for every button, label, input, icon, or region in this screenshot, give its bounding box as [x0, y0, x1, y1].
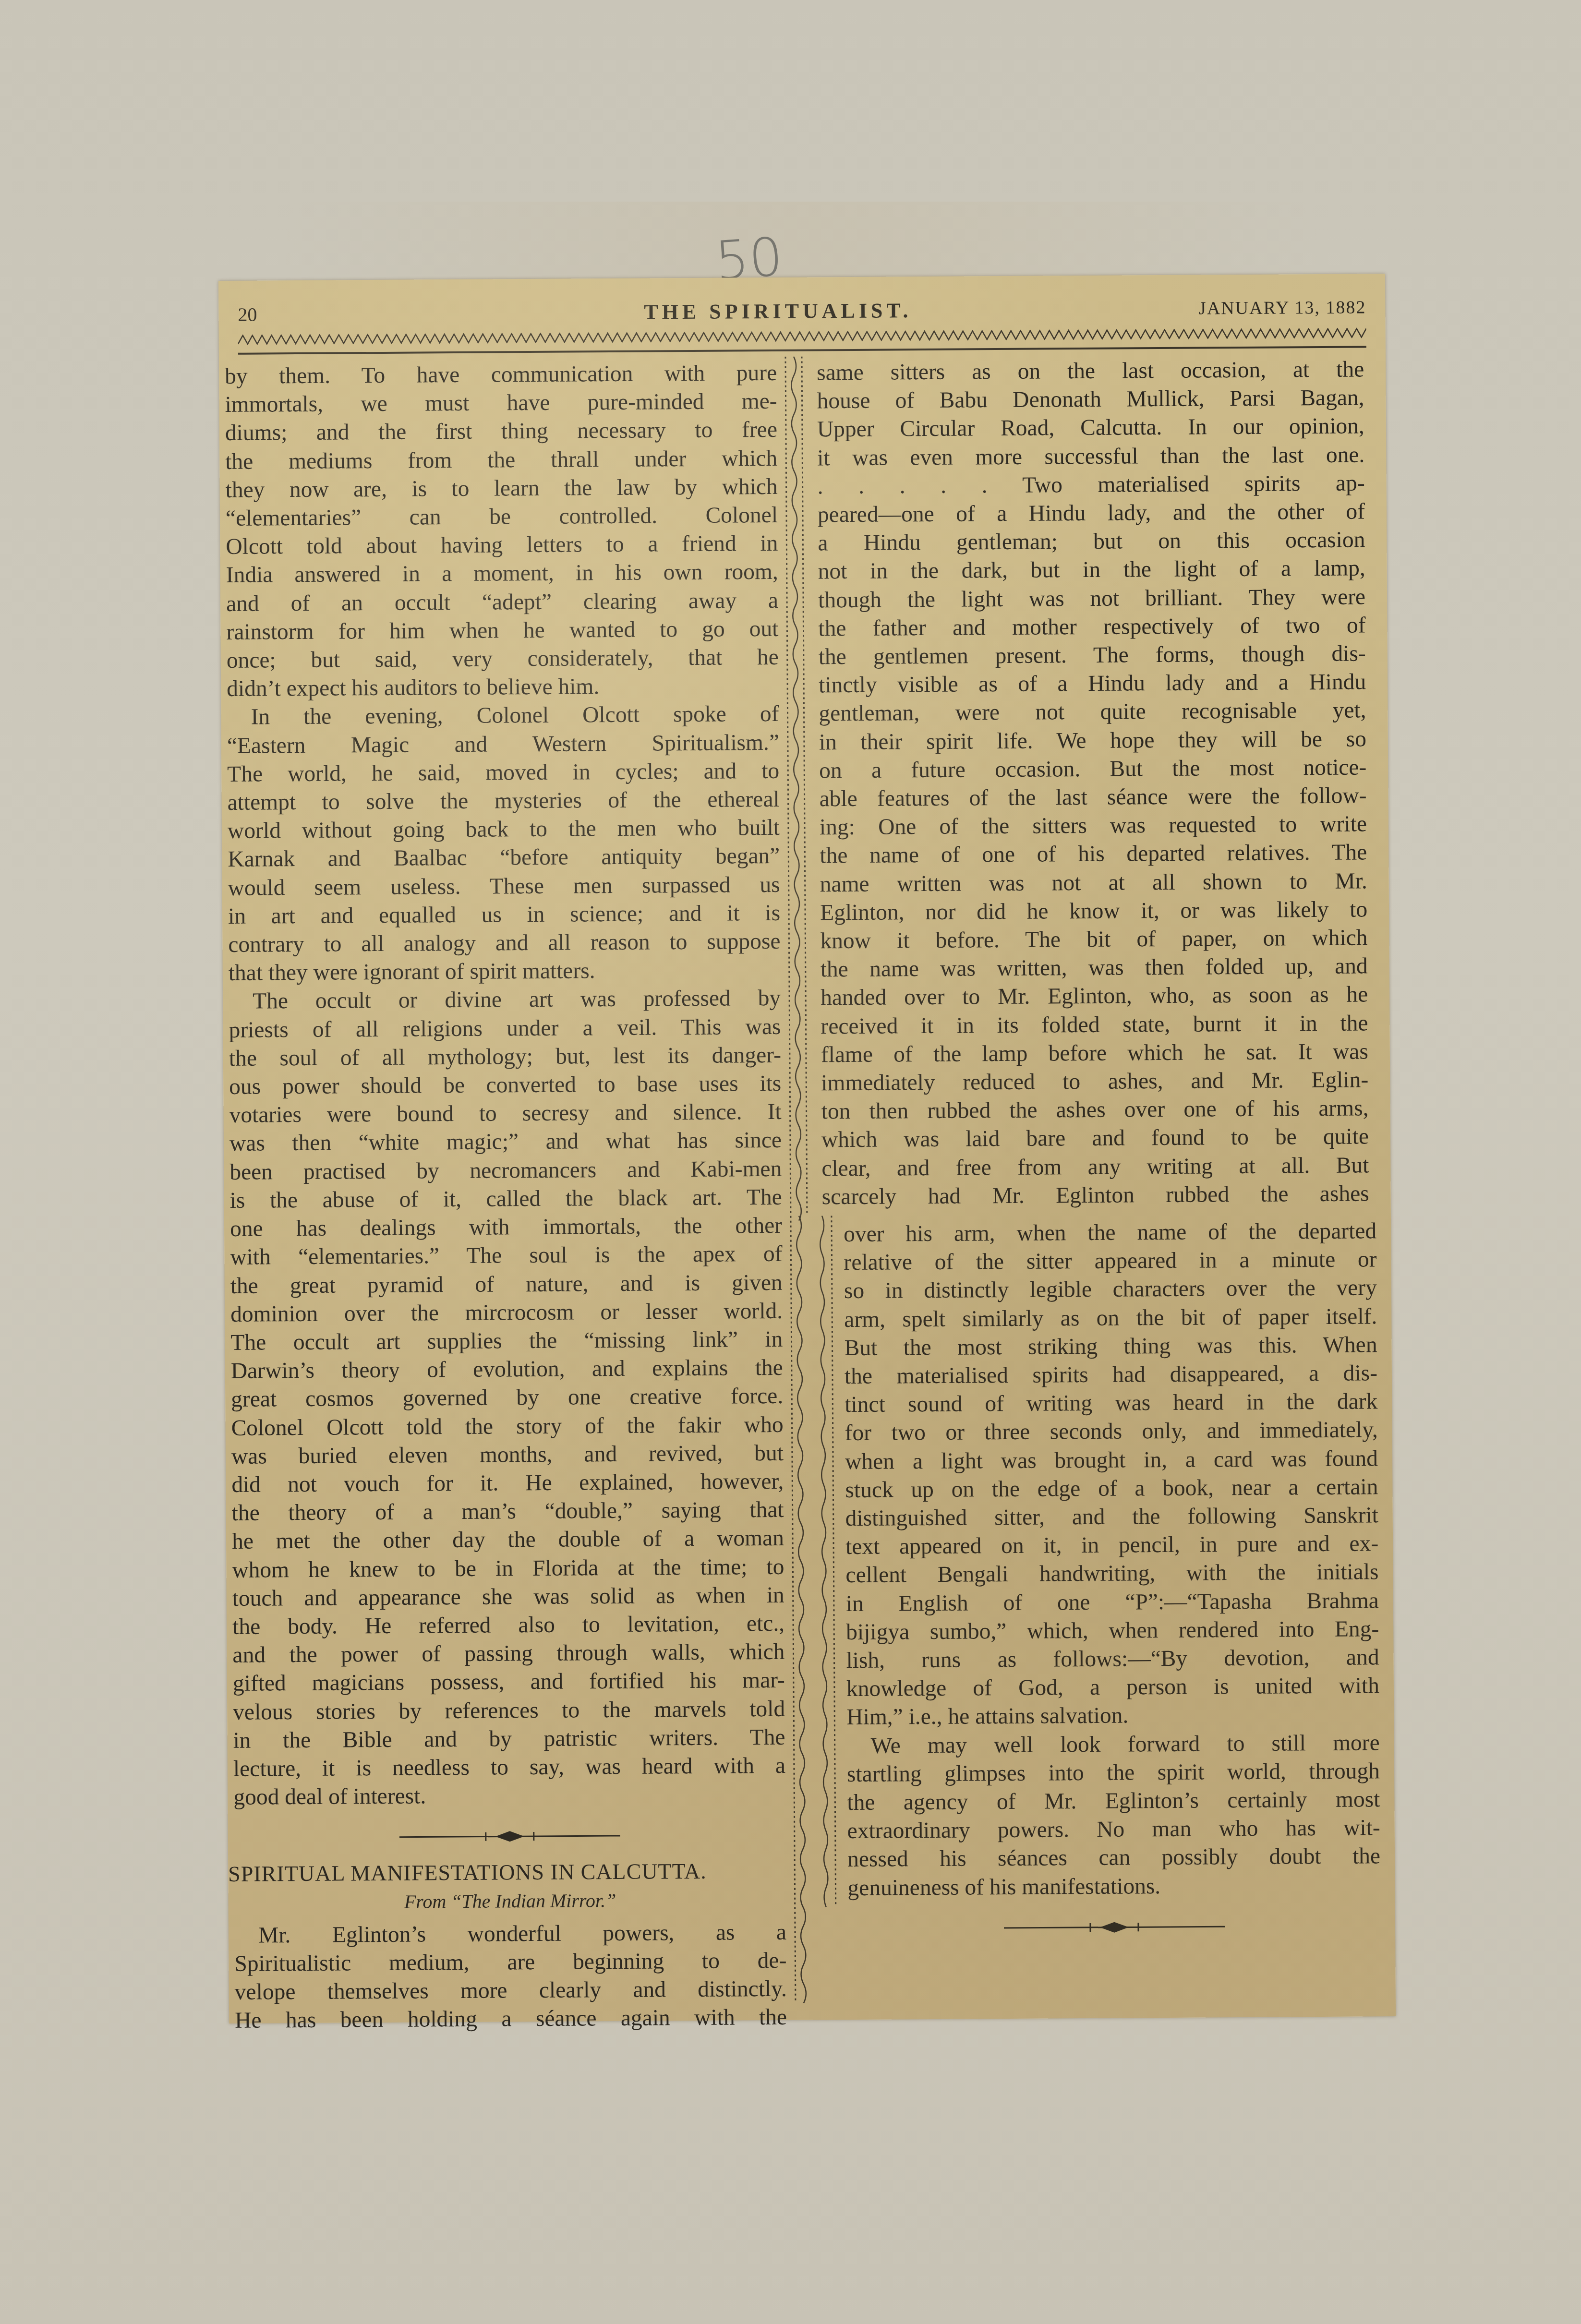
text-line: Colonel Olcott told the story of the fak… — [231, 1410, 783, 1442]
text-line: peared—one of a Hindu lady, and the othe… — [818, 497, 1365, 529]
text-line: in the Bible and by patristic writers. T… — [233, 1723, 785, 1755]
text-line: ing: One of the sitters was requested to… — [820, 810, 1367, 842]
text-line: tinctly visible as of a Hindu lady and a… — [819, 668, 1366, 700]
text-line: nessed his séances can possibly doubt th… — [847, 1842, 1380, 1874]
text-line: distinguished sitter, and the following … — [845, 1501, 1378, 1533]
text-line: handed over to Mr. Eglinton, who, as soo… — [821, 981, 1368, 1012]
text-line: scarcely had Mr. Eglinton rubbed the ash… — [822, 1180, 1369, 1211]
text-line: did not vouch for it. He explained, howe… — [231, 1468, 784, 1499]
text-line: tinct sound of writing was heard in the … — [845, 1388, 1377, 1420]
text-line: the materialised spirits had disappeared… — [845, 1359, 1377, 1391]
article-source: From “The Indian Mirror.” — [234, 1885, 786, 1916]
text-line: priests of all religions under a veil. T… — [229, 1013, 781, 1045]
section-ornament-icon — [399, 1829, 620, 1844]
text-line: ton then rubbed the ashes over one of hi… — [821, 1095, 1368, 1126]
paragraph-continued-lower: over his arm, when the name of the depar… — [844, 1217, 1379, 1732]
text-line: a Hindu gentleman; but on this occasion — [818, 526, 1365, 558]
text-line: the name of one of his departed relative… — [820, 839, 1367, 870]
text-line: stuck up on the edge of a book, near a c… — [845, 1473, 1378, 1505]
text-line: over his arm, when the name of the depar… — [844, 1217, 1376, 1249]
text-line: lish, runs as follows:—“By devotion, and — [846, 1643, 1379, 1675]
text-line: rainstorm for him when he wanted to go o… — [226, 615, 778, 647]
text-line: Him,” i.e., he attains salvation. — [846, 1700, 1379, 1732]
text-line: he met the other day the double of a wom… — [232, 1524, 784, 1556]
text-line: that they were ignorant of spirit matter… — [229, 956, 781, 987]
text-line: The occult art supplies the “missing lin… — [230, 1325, 783, 1357]
text-line: the mediums from the thrall under which — [225, 445, 777, 476]
text-line: velous stories by references to the marv… — [233, 1695, 785, 1726]
masthead: 20 THE SPIRITUALIST. JANUARY 13, 1882 — [238, 293, 1366, 328]
text-line: Mr. Eglinton’s wonderful powers, as a — [234, 1918, 786, 1950]
text-line: was then “white magic;” and what has sin… — [229, 1126, 782, 1158]
text-line: when a light was brought in, a card was … — [845, 1445, 1378, 1476]
text-line: the gentlemen present. The forms, though… — [819, 639, 1366, 671]
text-line: “Eastern Magic and Western Spiritualism.… — [227, 729, 779, 760]
text-line: We may well look forward to still more — [846, 1729, 1379, 1760]
text-line: the body. He referred also to levitation… — [232, 1610, 784, 1641]
paragraph-1: by them. To have communication with pure… — [225, 359, 779, 703]
end-ornament-icon — [1004, 1919, 1225, 1935]
right-column-lower: over his arm, when the name of the depar… — [844, 1217, 1381, 1951]
text-line: startling glimpses into the spirit world… — [847, 1757, 1380, 1789]
text-line: in art and equalled us in science; and i… — [228, 899, 780, 931]
text-line: lecture, it is needless to say, was hear… — [233, 1752, 785, 1783]
text-line: which was laid bare and found to be quit… — [821, 1123, 1369, 1155]
text-line: Karnak and Baalbac “before antiquity beg… — [228, 842, 780, 874]
text-line: so in distinctly legible characters over… — [844, 1274, 1377, 1306]
text-line: able features of the last séance were th… — [819, 782, 1366, 813]
text-line: flame of the lamp before which he sat. I… — [821, 1037, 1368, 1069]
text-line: Darwin’s theory of evolution, and explai… — [231, 1354, 783, 1385]
text-line: But the most striking thing was this. Wh… — [844, 1331, 1377, 1362]
text-line: received it in its folded state, burnt i… — [821, 1009, 1368, 1041]
text-line: the agency of Mr. Eglinton’s certainly m… — [847, 1785, 1380, 1817]
text-line: the great pyramid of nature, and is give… — [230, 1268, 783, 1300]
text-line: attempt to solve the mysteries of the et… — [227, 785, 779, 817]
text-line: was buried eleven months, and revived, b… — [231, 1439, 784, 1471]
text-line: same sitters as on the last occasion, at… — [817, 355, 1364, 387]
text-line: once; but said, very considerately, that… — [227, 643, 779, 675]
text-line: immediately reduced to ashes, and Mr. Eg… — [821, 1066, 1368, 1097]
text-line: the name was written, was then folded up… — [821, 952, 1368, 984]
text-line: He has been holding a séance again with … — [235, 2003, 787, 2035]
paragraph-continued: same sitters as on the last occasion, at… — [817, 355, 1369, 1211]
newspaper-clipping: 20 THE SPIRITUALIST. JANUARY 13, 1882 by… — [218, 274, 1396, 2023]
text-line: for two or three seconds only, and immed… — [845, 1416, 1378, 1448]
text-line: Olcott told about having letters to a fr… — [226, 530, 778, 561]
text-line: ous power should be converted to base us… — [229, 1070, 781, 1101]
text-line: the theory of a man’s “double,” saying t… — [232, 1496, 784, 1528]
text-line: bijigya sumbo,” which, when rendered int… — [846, 1615, 1379, 1647]
text-line: Eglinton, nor did he know it, or was lik… — [820, 895, 1367, 927]
text-line: one has dealings with immortals, the oth… — [230, 1212, 782, 1243]
paragraph-2: In the evening, Colonel Olcott spoke of … — [227, 700, 781, 987]
text-line: extraordinary powers. No man who has wit… — [847, 1814, 1380, 1846]
text-line: good deal of interest. — [233, 1780, 785, 1812]
paragraph-3: The occult or divine art was professed b… — [229, 984, 785, 1812]
text-line: been practised by necromancers and Kabi-… — [229, 1155, 782, 1187]
text-line: velope themselves more clearly and disti… — [235, 1975, 787, 2007]
text-line: India answered in a moment, in his own r… — [226, 558, 778, 590]
text-line: . . . . . Two materialised spirits ap- — [817, 469, 1364, 501]
text-line: cellent Bengali handwriting, with the in… — [845, 1558, 1378, 1590]
text-line: they now are, is to learn the law by whi… — [225, 473, 777, 505]
text-line: in their spirit life. We hope they will … — [819, 725, 1366, 757]
text-line: Spiritualistic medium, are beginning to … — [234, 1947, 786, 1978]
text-line: with “elementaries.” The soul is the ape… — [230, 1240, 782, 1272]
page-number: 20 — [238, 302, 362, 326]
zigzag-rule-icon — [238, 327, 1366, 345]
text-line: dominion over the mircrocosm or lesser w… — [230, 1297, 783, 1329]
left-column: by them. To have communication with pure… — [219, 359, 787, 2035]
text-line: house of Babu Denonath Mullick, Parsi Ba… — [817, 384, 1364, 416]
text-line: is the abuse of it, called the black art… — [230, 1183, 782, 1215]
text-line: immortals, we must have pure-minded me- — [225, 387, 777, 419]
text-line: “elementaries” can be controlled. Colone… — [226, 501, 778, 533]
text-line: whom he knew to be in Florida at the tim… — [232, 1553, 784, 1584]
text-line: diums; and the first thing necessary to … — [225, 416, 777, 447]
right-column-upper: same sitters as on the last occasion, at… — [817, 355, 1369, 1211]
closing-paragraph: We may well look forward to still more s… — [846, 1729, 1380, 1903]
text-line: touch and appearance she was solid as wh… — [232, 1581, 784, 1613]
text-line: gifted magicians possess, and fortified … — [233, 1666, 785, 1698]
masthead-rule — [238, 346, 1366, 354]
text-line: great cosmos governed by one creative fo… — [231, 1382, 783, 1414]
text-line: not in the dark, but in the light of a l… — [818, 554, 1365, 586]
text-line: it was even more successful than the las… — [817, 441, 1364, 472]
paragraph-4: Mr. Eglinton’s wonderful powers, as a Sp… — [234, 1918, 787, 2035]
column-divider-icon — [782, 357, 816, 2003]
text-line: would seem useless. These men surpassed … — [228, 871, 780, 903]
text-line: and the power of passing through walls, … — [232, 1638, 784, 1670]
text-line: relative of the sitter appeared in a min… — [844, 1246, 1376, 1277]
text-line: didn’t expect his auditors to believe hi… — [227, 672, 779, 703]
text-line: on a future occasion. But the most notic… — [819, 753, 1366, 785]
text-line: name written was not at all shown to Mr. — [820, 867, 1367, 899]
text-line: the father and mother respectively of tw… — [818, 611, 1365, 643]
text-line: The occult or divine art was professed b… — [229, 984, 781, 1016]
publication-title: THE SPIRITUALIST. — [644, 298, 912, 324]
text-line: though the light was not brilliant. They… — [818, 583, 1365, 614]
text-line: The world, he said, moved in cycles; and… — [227, 757, 779, 789]
text-line: clear, and free from any writing at all.… — [821, 1151, 1369, 1183]
text-line: genuineness of his manifestations. — [847, 1871, 1380, 1903]
text-line: by them. To have communication with pure — [225, 359, 777, 391]
issue-date: JANUARY 13, 1882 — [1193, 297, 1366, 319]
text-line: know it before. The bit of paper, on whi… — [820, 924, 1367, 955]
text-line: the soul of all mythology; but, lest its… — [229, 1041, 781, 1073]
text-line: world without going back to the men who … — [228, 814, 780, 845]
article-heading: SPIRITUAL MANIFESTATIONS IN CALCUTTA. — [228, 1856, 786, 1888]
text-line: In the evening, Colonel Olcott spoke of — [227, 700, 779, 732]
text-line: knowledge of God, a person is united wit… — [846, 1672, 1379, 1704]
text-line: contrary to all analogy and all reason t… — [228, 927, 780, 959]
text-line: and of an occult “adept” clearing away a — [226, 587, 778, 618]
text-line: votaries were bound to secresy and silen… — [229, 1098, 781, 1130]
lower-strip-divider-icon — [817, 1216, 841, 1907]
text-line: gentleman, were not quite recognisable y… — [819, 697, 1366, 728]
text-line: arm, spelt similarly as on the bit of pa… — [844, 1302, 1377, 1334]
text-line: in English of one “P”:—“Tapasha Brahma — [846, 1587, 1379, 1618]
text-line: Upper Circular Road, Calcutta. In our op… — [817, 412, 1364, 444]
text-line: text appeared on it, in pencil, in pure … — [845, 1530, 1378, 1562]
